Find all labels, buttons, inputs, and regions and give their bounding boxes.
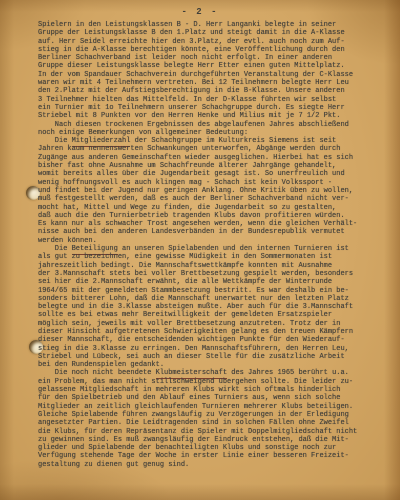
text-line: zu gewinnen sind. Es muß zwangsläufig de…	[38, 436, 386, 444]
text-line: wenig hoffnungsvoll es auch klingen mag …	[38, 179, 386, 187]
text-segment: noch einige Bemerkungen von allgemeiner …	[38, 129, 248, 137]
text-line: sollte es bei etwas mehr Bereitwilligkei…	[38, 311, 386, 319]
text-line: muß festgestellt werden, daß es auch der…	[38, 195, 386, 203]
text-segment: bei den Rundenspielen gedankt.	[38, 361, 164, 369]
text-line: stieg in die A-Klasse berechtigen könnte…	[38, 46, 386, 54]
text-line: und findet bei der Jugend nur geringen A…	[38, 187, 386, 195]
text-line: den 2.Platz mit der Aufstiegsberechtigun…	[38, 87, 386, 95]
text-line: Mitglieder an zeitlich gleichlaufenden T…	[38, 403, 386, 411]
text-segment: Mitglieder an zeitlich gleichlaufenden T…	[38, 403, 353, 411]
text-line: angesetzter Partien. Die Leidtragenden s…	[38, 419, 386, 427]
text-segment: für den Spielbetrieb und den Ablauf eine…	[38, 394, 340, 402]
text-line: 3 Teilnehmer hielten das Mittelfeld. In …	[38, 96, 386, 104]
text-segment: Striebel und Lübeck, sei auch an dieser …	[38, 353, 345, 361]
text-line: Striebel und Lübeck, sei auch an dieser …	[38, 353, 386, 361]
text-segment: Nach diesen trockenen Ergebnissen des ab…	[38, 121, 349, 129]
text-line: die Klubs, für deren Repräsentanz die Sp…	[38, 428, 386, 436]
text-segment: glieder und Spielabende der benachteilig…	[38, 444, 336, 452]
text-line: jahreszeitlich bedingt. Die Mannschaftsw…	[38, 262, 386, 270]
text-segment: des Jahres 1965 berührt u.a.	[227, 369, 349, 377]
text-line: für den Spielbetrieb und den Ablauf eine…	[38, 394, 386, 402]
text-segment: muß festgestellt werden, daß es auch der…	[38, 195, 349, 203]
text-segment: In der vom Spandauer Schachverein durchg…	[38, 71, 353, 79]
text-segment: gelassene Mitgliedschaft in mehreren Klu…	[38, 386, 340, 394]
text-segment: dieser Mannschaft, die entscheidenden wi…	[38, 336, 345, 344]
text-segment: stieg in die A-Klasse berechtigen könnte…	[38, 46, 345, 54]
text-line: womit bereits alles über die Jugendarbei…	[38, 170, 386, 178]
text-segment: sonders bitterer Lohn, daß die Mannschaf…	[38, 295, 349, 303]
text-line: daß auch die den Turnierbetrieb tragende…	[38, 212, 386, 220]
text-segment: Die	[38, 137, 72, 145]
text-line: Gleiche Spielabende führen zwangsläufig …	[38, 411, 386, 419]
text-line: Verfügung stehende Tage der Woche in ers…	[38, 452, 386, 460]
text-line: Gruppe der Leistungsklasse B den 1.Platz…	[38, 29, 386, 37]
text-segment: als gut zu bezeichnen, eine gewisse Müdi…	[38, 253, 332, 261]
text-segment: Gleiche Spielabende führen zwangsläufig …	[38, 411, 349, 419]
text-line: werden können.	[38, 237, 386, 245]
text-segment: Die	[38, 245, 72, 253]
text-line: dieser Mannschaft, die entscheidenden wi…	[38, 336, 386, 344]
text-segment: belegte und in die 3.Klasse absteigen mu…	[38, 303, 353, 311]
text-segment: Die noch nicht beendete	[38, 369, 156, 377]
text-line: noch einige Bemerkungen von allgemeiner …	[38, 129, 386, 137]
text-line: Striebel mit 8 Punkten vor den Herren He…	[38, 112, 386, 120]
text-segment: ein Problem, das man nicht stillschweige…	[38, 378, 353, 386]
text-line: mocht hat, Mittel und Wege zu finden, di…	[38, 204, 386, 212]
text-line: sei hier die 2.Mannschaft erwähnt, die a…	[38, 278, 386, 286]
text-segment: Gruppe der Leistungsklasse B den 1.Platz…	[38, 29, 345, 37]
text-segment: Zugänge aus anderen Gemeinschaften wiede…	[38, 154, 353, 162]
text-line: Die noch nicht beendete Klubmeisterschaf…	[38, 369, 386, 377]
text-segment: angesetzter Partien. Die Leidtragenden s…	[38, 419, 349, 427]
text-segment: auf. Herr Seidel erreichte hier den 3.Pl…	[38, 38, 345, 46]
text-segment: jahreszeitlich bedingt. Die Mannschaftsw…	[38, 262, 332, 270]
text-line: als gut zu bezeichnen, eine gewisse Müdi…	[38, 253, 386, 261]
text-segment: werden können.	[38, 237, 97, 245]
text-line: ein Problem, das man nicht stillschweige…	[38, 378, 386, 386]
text-segment: Verfügung stehende Tage der Woche in ers…	[38, 452, 349, 460]
text-segment: dieser Hinsicht aufgetretenen Schwierigk…	[38, 328, 353, 336]
text-line: Gruppe dieser Leistungsklasse belegte He…	[38, 62, 386, 70]
text-segment: Es kann nur als schwacher Trost angesehe…	[38, 220, 357, 228]
text-segment: den 2.Platz mit der Aufstiegsberechtigun…	[38, 87, 345, 95]
text-line: 1964/65 mit der gemeldeten Stammbesetzun…	[38, 287, 386, 295]
text-segment: Berliner Schachverband ist leider noch n…	[38, 54, 332, 62]
text-segment: der Schachgruppe im Kulturkreis Siemens …	[130, 137, 336, 145]
page-number: - 2 -	[0, 7, 400, 17]
text-segment: waren wir mit 4 Teilnehmern vertreten. B…	[38, 79, 349, 87]
text-line: möglich sein, jeweils mit voller Brettbe…	[38, 320, 386, 328]
text-line: stieg in die 3.Klasse zu erringen. Den M…	[38, 345, 386, 353]
text-segment: Jahren kaum nennenswerten Schwankungen u…	[38, 145, 340, 153]
text-segment: gestaltung zu dienen gut genug sind.	[38, 461, 189, 469]
text-segment: ein Turnier mit 1o Teilnehmern unserer S…	[38, 104, 345, 112]
text-segment: und findet bei der Jugend nur geringen A…	[38, 187, 353, 195]
text-segment: Gruppe dieser Leistungsklasse belegte He…	[38, 62, 345, 70]
text-segment: Spielern in den Leistungsklassen B - D. …	[38, 21, 336, 29]
text-line: Nach diesen trockenen Ergebnissen des ab…	[38, 121, 386, 129]
text-segment: Striebel mit 8 Punkten vor den Herren He…	[38, 112, 340, 120]
text-line: auf. Herr Seidel erreichte hier den 3.Pl…	[38, 38, 386, 46]
text-segment: bisher fast ohne Ausnahme um Schachfreun…	[38, 162, 336, 170]
text-segment: an unseren Spielabenden und den internen…	[118, 245, 349, 253]
text-line: der 3.Mannschaft stets bei voller Brettb…	[38, 270, 386, 278]
text-segment: 3 Teilnehmer hielten das Mittelfeld. In …	[38, 96, 336, 104]
text-segment: stieg in die 3.Klasse zu erringen. Den M…	[38, 345, 349, 353]
text-segment: nisse auch bei den anderen Landesverbänd…	[38, 228, 345, 236]
text-segment: womit bereits alles über die Jugendarbei…	[38, 170, 345, 178]
text-segment: der 3.Mannschaft stets bei voller Brettb…	[38, 270, 353, 278]
text-segment: daß auch die den Turnierbetrieb tragende…	[38, 212, 345, 220]
text-segment: sei hier die 2.Mannschaft erwähnt, die a…	[38, 278, 332, 286]
text-segment: zu gewinnen sind. Es muß zwangsläufig de…	[38, 436, 349, 444]
scanned-page: - 2 - Spielern in den Leistungsklassen B…	[0, 0, 400, 500]
text-line: nisse auch bei den anderen Landesverbänd…	[38, 228, 386, 236]
text-segment: mocht hat, Mittel und Wege zu finden, di…	[38, 204, 336, 212]
document-body: Spielern in den Leistungsklassen B - D. …	[38, 21, 386, 469]
text-line: Zugänge aus anderen Gemeinschaften wiede…	[38, 154, 386, 162]
text-segment: 1964/65 mit der gemeldeten Stammbesetzun…	[38, 287, 349, 295]
text-segment: die Klubs, für deren Repräsentanz die Sp…	[38, 428, 357, 436]
text-line: sonders bitterer Lohn, daß die Mannschaf…	[38, 295, 386, 303]
text-segment: sollte es bei etwas mehr Bereitwilligkei…	[38, 311, 332, 319]
text-segment: wenig hoffnungsvoll es auch klingen mag …	[38, 179, 332, 187]
text-line: Jahren kaum nennenswerten Schwankungen u…	[38, 145, 386, 153]
text-segment: möglich sein, jeweils mit voller Brettbe…	[38, 320, 340, 328]
text-line: In der vom Spandauer Schachverein durchg…	[38, 71, 386, 79]
text-line: gestaltung zu dienen gut genug sind.	[38, 461, 386, 469]
